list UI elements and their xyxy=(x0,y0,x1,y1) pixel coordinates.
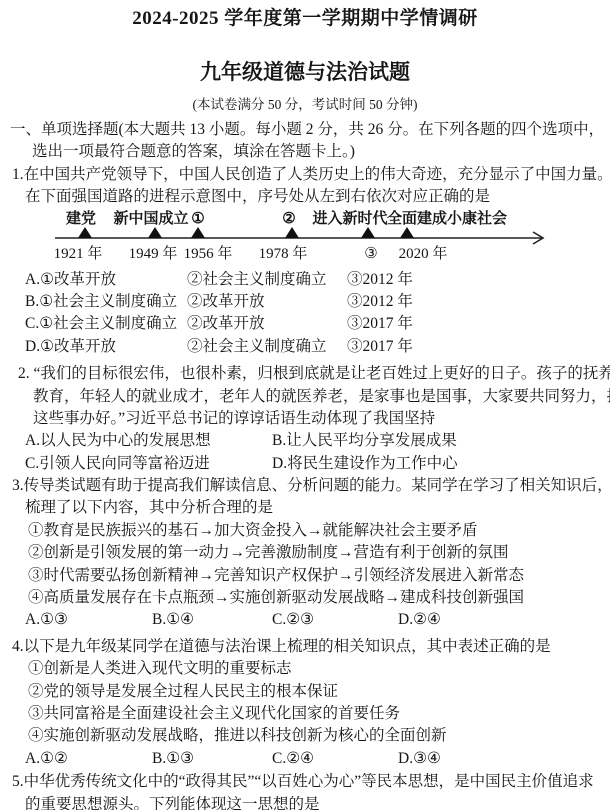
question-4-item-1: ①创新是人类进入现代文明的重要标志 xyxy=(0,658,610,680)
question-5: 5.中华优秀传统文化中的“政得其民”“以百姓心为心”等民本思想，是中国民主价值追… xyxy=(0,771,610,810)
option-label: D.①改革开放 xyxy=(25,336,116,358)
option-label: C.②③ xyxy=(272,609,314,631)
question-3: 3.传导类试题有助于提高我们解读信息、分析问题的能力。某同学在学习了相关知识后，… xyxy=(0,475,610,632)
question-3-stem-line-1: 3.传导类试题有助于提高我们解读信息、分析问题的能力。某同学在学习了相关知识后， xyxy=(0,475,610,497)
option-label: B.①④ xyxy=(152,609,194,631)
page-title: 2024-2025 学年度第一学期期中学情调研 xyxy=(0,6,610,32)
option-label: A.①③ xyxy=(25,609,68,631)
section-1-heading: 一、单项选择题(本大题共 13 小题。每小题 2 分，共 26 分。在下列各题的… xyxy=(0,119,610,164)
option-label: B.①③ xyxy=(152,748,194,770)
timeline-marker-icon xyxy=(361,227,375,238)
timeline-top-label: 新中国成立 xyxy=(113,211,188,227)
option-part: ③2017 年 xyxy=(347,313,413,335)
question-3-stem-line-2: 梳理了以下内容，其中分析合理的是 xyxy=(0,497,610,519)
option-part: ③2017 年 xyxy=(347,336,413,358)
option-label: B.让人民平均分享发展成果 xyxy=(272,430,457,452)
option-part: ③2012 年 xyxy=(347,291,413,313)
option-label: D.将民生建设作为工作中心 xyxy=(272,453,458,475)
question-5-stem-line-2: 的重要思想源头。下列能体现这一思想的是 xyxy=(0,794,610,810)
option-label: C.①社会主义制度确立 xyxy=(25,313,177,335)
option-part: ②社会主义制度确立 xyxy=(187,336,327,358)
option-label: D.②④ xyxy=(398,609,441,631)
timeline-marker-icon xyxy=(191,227,205,238)
timeline-year-label: ③ xyxy=(364,246,377,262)
timeline-top-label: ① xyxy=(191,211,204,227)
timeline-top-label: ② xyxy=(282,211,295,227)
option-label: B.①社会主义制度确立 xyxy=(25,291,177,313)
timeline-year-label: 1956 年 xyxy=(184,246,233,262)
timeline-top-label: 建党 xyxy=(66,211,96,227)
timeline-year-label: 1921 年 xyxy=(54,246,103,262)
timeline-year-label: 1978 年 xyxy=(259,246,308,262)
question-1: 1.在中国共产党领导下，中国人民创造了人类历史上的伟大奇迹，充分显示了中国力量。… xyxy=(0,164,610,358)
question-2-options-row-1: A.以人民为中心的发展思想 B.让人民平均分享发展成果 xyxy=(0,430,610,452)
option-part: ②改革开放 xyxy=(187,313,265,335)
question-1-option-d: D.①改革开放 ②社会主义制度确立 ③2017 年 xyxy=(0,336,610,358)
timeline-marker-icon xyxy=(78,227,92,238)
question-4-stem-line-1: 4.以下是九年级某同学在道德与法治课上梳理的相关知识点，其中表述正确的是 xyxy=(0,636,610,658)
timeline-year-label: 1949 年 xyxy=(129,246,178,262)
question-3-item-3: ③时代需要弘扬创新精神→完善知识产权保护→引领经济发展进入新常态 xyxy=(0,565,610,587)
question-3-item-1: ①教育是民族振兴的基石→加大资金投入→就能解决社会主要矛盾 xyxy=(0,520,610,542)
timeline-marker-icon xyxy=(285,227,299,238)
option-part: ③2012 年 xyxy=(347,269,413,291)
question-1-option-a: A.①改革开放 ②社会主义制度确立 ③2012 年 xyxy=(0,269,610,291)
question-2-options-row-2: C.引领人民向同等富裕迈进 D.将民生建设作为工作中心 xyxy=(0,453,610,475)
timeline-year-label: 2020 年 xyxy=(399,246,448,262)
question-4: 4.以下是九年级某同学在道德与法治课上梳理的相关知识点，其中表述正确的是 ①创新… xyxy=(0,636,610,770)
question-2-stem-line-1: 2. “我们的目标很宏伟，也很朴素，归根到底就是让老百姓过上更好的日子。孩子的抚… xyxy=(0,363,610,385)
question-4-item-3: ③共同富裕是全面建设社会主义现代化国家的首要任务 xyxy=(0,703,610,725)
option-label: A.①② xyxy=(25,748,68,770)
timeline-marker-icon xyxy=(400,227,414,238)
option-label: A.以人民为中心的发展思想 xyxy=(25,430,211,452)
question-1-stem-line-2: 在下面强国道路的进程示意图中，序号处从左到右依次对应正确的是 xyxy=(0,186,610,208)
timeline-diagram: 建党 新中国成立 ① ② 进入新时代 全面建成小康社会 1921 年 1949 … xyxy=(0,209,610,269)
question-5-stem-line-1: 5.中华优秀传统文化中的“政得其民”“以百姓心为心”等民本思想，是中国民主价值追… xyxy=(0,771,610,793)
question-3-item-4: ④高质量发展存在卡点瓶颈→实施创新驱动发展战略→建成科技创新强国 xyxy=(0,587,610,609)
timeline-top-label: 全面建成小康社会 xyxy=(387,211,507,227)
question-4-options-row: A.①② B.①③ C.②④ D.③④ xyxy=(0,748,610,770)
option-part: ②社会主义制度确立 xyxy=(187,269,327,291)
question-3-item-2: ②创新是引领发展的第一动力→完善激励制度→营造有利于创新的氛围 xyxy=(0,542,610,564)
question-4-item-4: ④实施创新驱动发展战略，推进以科技创新为核心的全面创新 xyxy=(0,725,610,747)
question-2: 2. “我们的目标很宏伟，也很朴素，归根到底就是让老百姓过上更好的日子。孩子的抚… xyxy=(0,363,610,475)
paper-subtitle: 九年级道德与法治试题 xyxy=(0,58,610,86)
option-label: A.①改革开放 xyxy=(25,269,116,291)
question-4-item-2: ②党的领导是发展全过程人民民主的根本保证 xyxy=(0,681,610,703)
question-2-stem-line-3: 这些事办好。”习近平总书记的谆谆话语生动体现了我国坚持 xyxy=(0,408,610,430)
section-1-heading-line-1: 一、单项选择题(本大题共 13 小题。每小题 2 分，共 26 分。在下列各题的… xyxy=(0,119,610,141)
question-2-stem-line-2: 教育，年轻人的就业成才，老年人的就医养老，是家事也是国事，大家要共同努力，把 xyxy=(0,386,610,408)
option-label: D.③④ xyxy=(398,748,441,770)
option-label: C.②④ xyxy=(272,748,314,770)
paper-note: (本试卷满分 50 分，考试时间 50 分钟) xyxy=(0,95,610,114)
timeline-top-label: 进入新时代 xyxy=(312,211,387,227)
question-1-option-c: C.①社会主义制度确立 ②改革开放 ③2017 年 xyxy=(0,313,610,335)
question-1-option-b: B.①社会主义制度确立 ②改革开放 ③2012 年 xyxy=(0,291,610,313)
question-1-stem-line-1: 1.在中国共产党领导下，中国人民创造了人类历史上的伟大奇迹，充分显示了中国力量。 xyxy=(0,164,610,186)
exam-paper-page: 2024-2025 学年度第一学期期中学情调研 九年级道德与法治试题 (本试卷满… xyxy=(0,6,610,810)
section-1-heading-line-2: 选出一项最符合题意的答案，填涂在答题卡上。) xyxy=(0,141,610,163)
option-part: ②改革开放 xyxy=(187,291,265,313)
question-3-options-row: A.①③ B.①④ C.②③ D.②④ xyxy=(0,609,610,631)
timeline-marker-icon xyxy=(148,227,162,238)
option-label: C.引领人民向同等富裕迈进 xyxy=(25,453,210,475)
